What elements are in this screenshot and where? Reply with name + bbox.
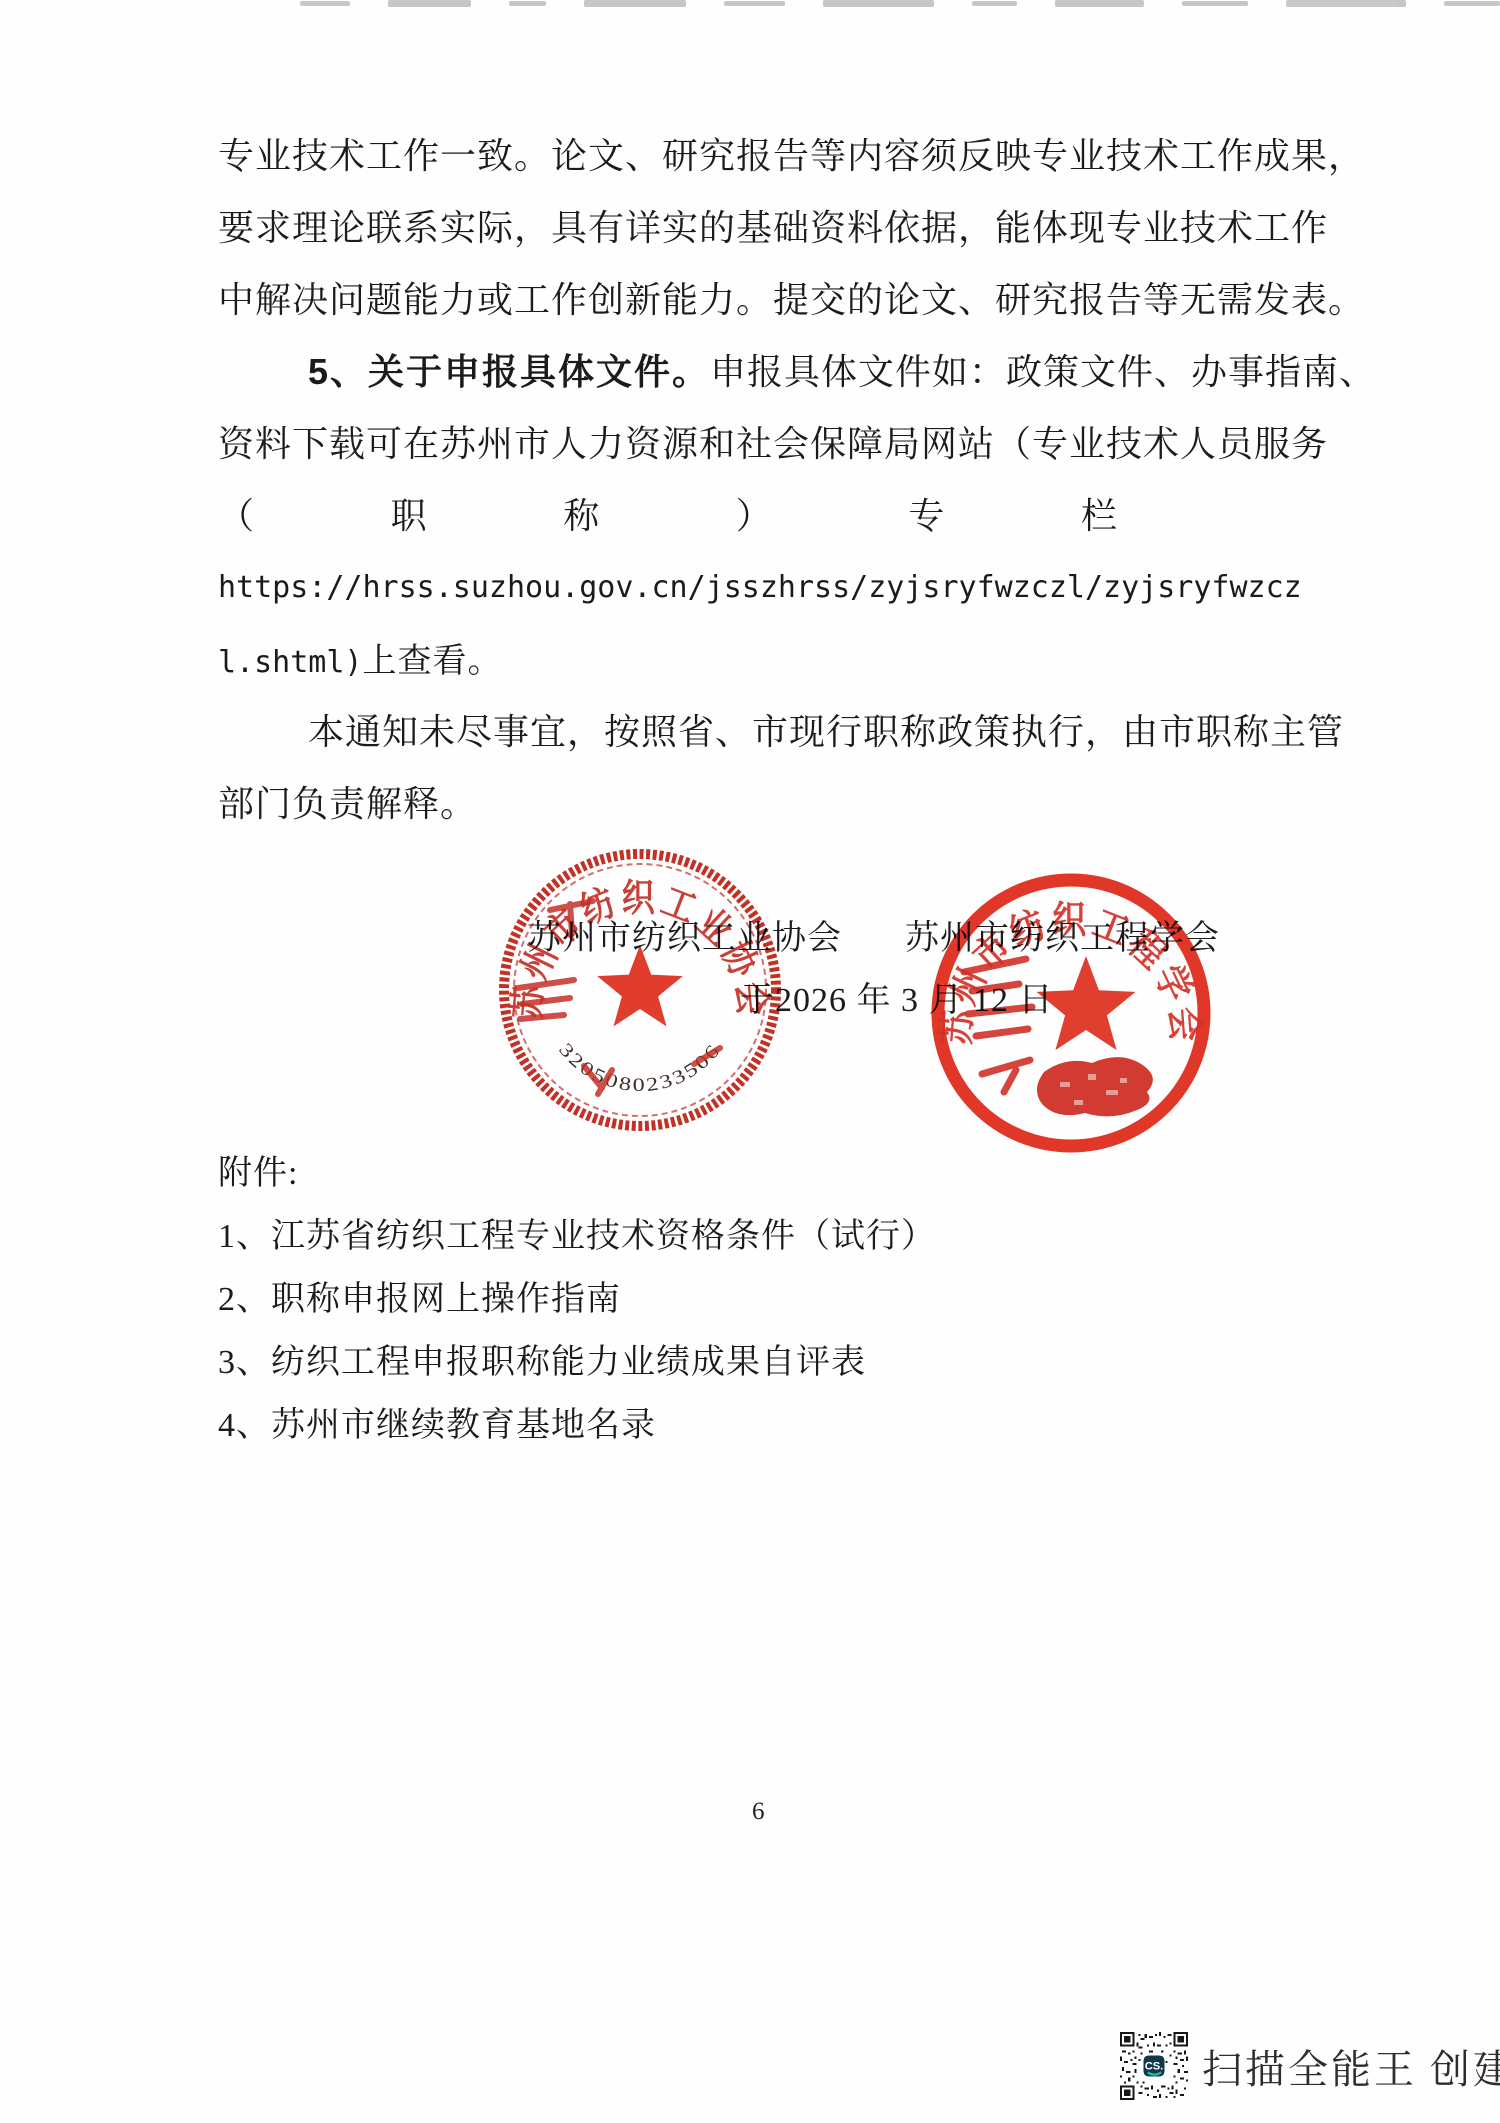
svg-text:3205080233506: 3205080233506 xyxy=(554,1039,725,1096)
body-line: 资料下载可在苏州市人力资源和社会保障局网站（专业技术人员服务 xyxy=(218,408,1318,480)
justified-char: ） xyxy=(736,480,773,552)
body-line: 本通知未尽事宜，按照省、市现行职称政策执行，由市职称主管 xyxy=(218,696,1318,768)
body-line-justified: （ 职 称 ） 专 栏 xyxy=(218,480,1118,552)
body-line: 中解决问题能力或工作创新能力。提交的论文、研究报告等无需发表。 xyxy=(218,264,1318,336)
url-tail-cn: 上查看。 xyxy=(363,643,503,680)
right-seal-blob xyxy=(1037,1057,1153,1116)
scanner-footer: CS. 扫描全能王 创建 xyxy=(1120,2032,1500,2100)
qr-code-icon: CS. xyxy=(1120,2032,1188,2100)
scanner-app-label: 扫描全能王 创建 xyxy=(1202,2038,1500,2095)
attachments-section: 附件: 1、江苏省纺织工程专业技术资格条件（试行） 2、职称申报网上操作指南 3… xyxy=(218,1142,936,1457)
body-line: 部门负责解释。 xyxy=(218,768,1318,840)
body-line: 要求理论联系实际，具有详实的基础资料依据，能体现专业技术工作 xyxy=(218,192,1318,264)
scanned-document-page: 专业技术工作一致。论文、研究报告等内容须反映专业技术工作成果， 要求理论联系实际… xyxy=(0,0,1500,2123)
camscanner-badge-text: CS. xyxy=(1145,2061,1164,2073)
body-line: 专业技术工作一致。论文、研究报告等内容须反映专业技术工作成果， xyxy=(218,120,1318,192)
attachment-item: 4、苏州市继续教育基地名录 xyxy=(218,1394,936,1457)
justified-char: 职 xyxy=(391,480,428,552)
document-body: 专业技术工作一致。论文、研究报告等内容须反映专业技术工作成果， 要求理论联系实际… xyxy=(218,120,1318,840)
attachment-item: 2、职称申报网上操作指南 xyxy=(218,1268,936,1331)
url-tail: l.shtml) xyxy=(218,645,363,680)
scan-edge-artifacts xyxy=(300,0,1500,9)
item5-heading: 5、关于申报具体文件。 xyxy=(308,351,710,392)
right-red-seal: 苏州市纺织工程学会 xyxy=(918,860,1224,1166)
justified-char: 称 xyxy=(563,480,600,552)
page-number: 6 xyxy=(752,1798,765,1826)
justified-char: 专 xyxy=(908,480,945,552)
url-tail-line: l.shtml)上查看。 xyxy=(218,624,1318,696)
body-line-item5: 5、关于申报具体文件。申报具体文件如：政策文件、办事指南、 xyxy=(218,336,1318,408)
right-seal-star xyxy=(1037,956,1136,1050)
left-seal-code: 3205080233506 xyxy=(554,1039,725,1096)
attachment-item: 3、纺织工程申报职称能力业绩成果自评表 xyxy=(218,1331,936,1394)
left-seal-star xyxy=(597,945,683,1026)
attachment-item: 1、江苏省纺织工程专业技术资格条件（试行） xyxy=(218,1205,936,1268)
justified-char: （ xyxy=(218,480,255,552)
justified-char: 栏 xyxy=(1081,480,1118,552)
url-line: https://hrss.suzhou.gov.cn/jsszhrss/zyjs… xyxy=(218,552,1318,624)
left-red-seal: 苏州市纺织工业协会 3205080233506 xyxy=(488,838,792,1142)
attachments-label: 附件: xyxy=(218,1142,936,1205)
item5-text: 申报具体文件如：政策文件、办事指南、 xyxy=(710,352,1376,392)
